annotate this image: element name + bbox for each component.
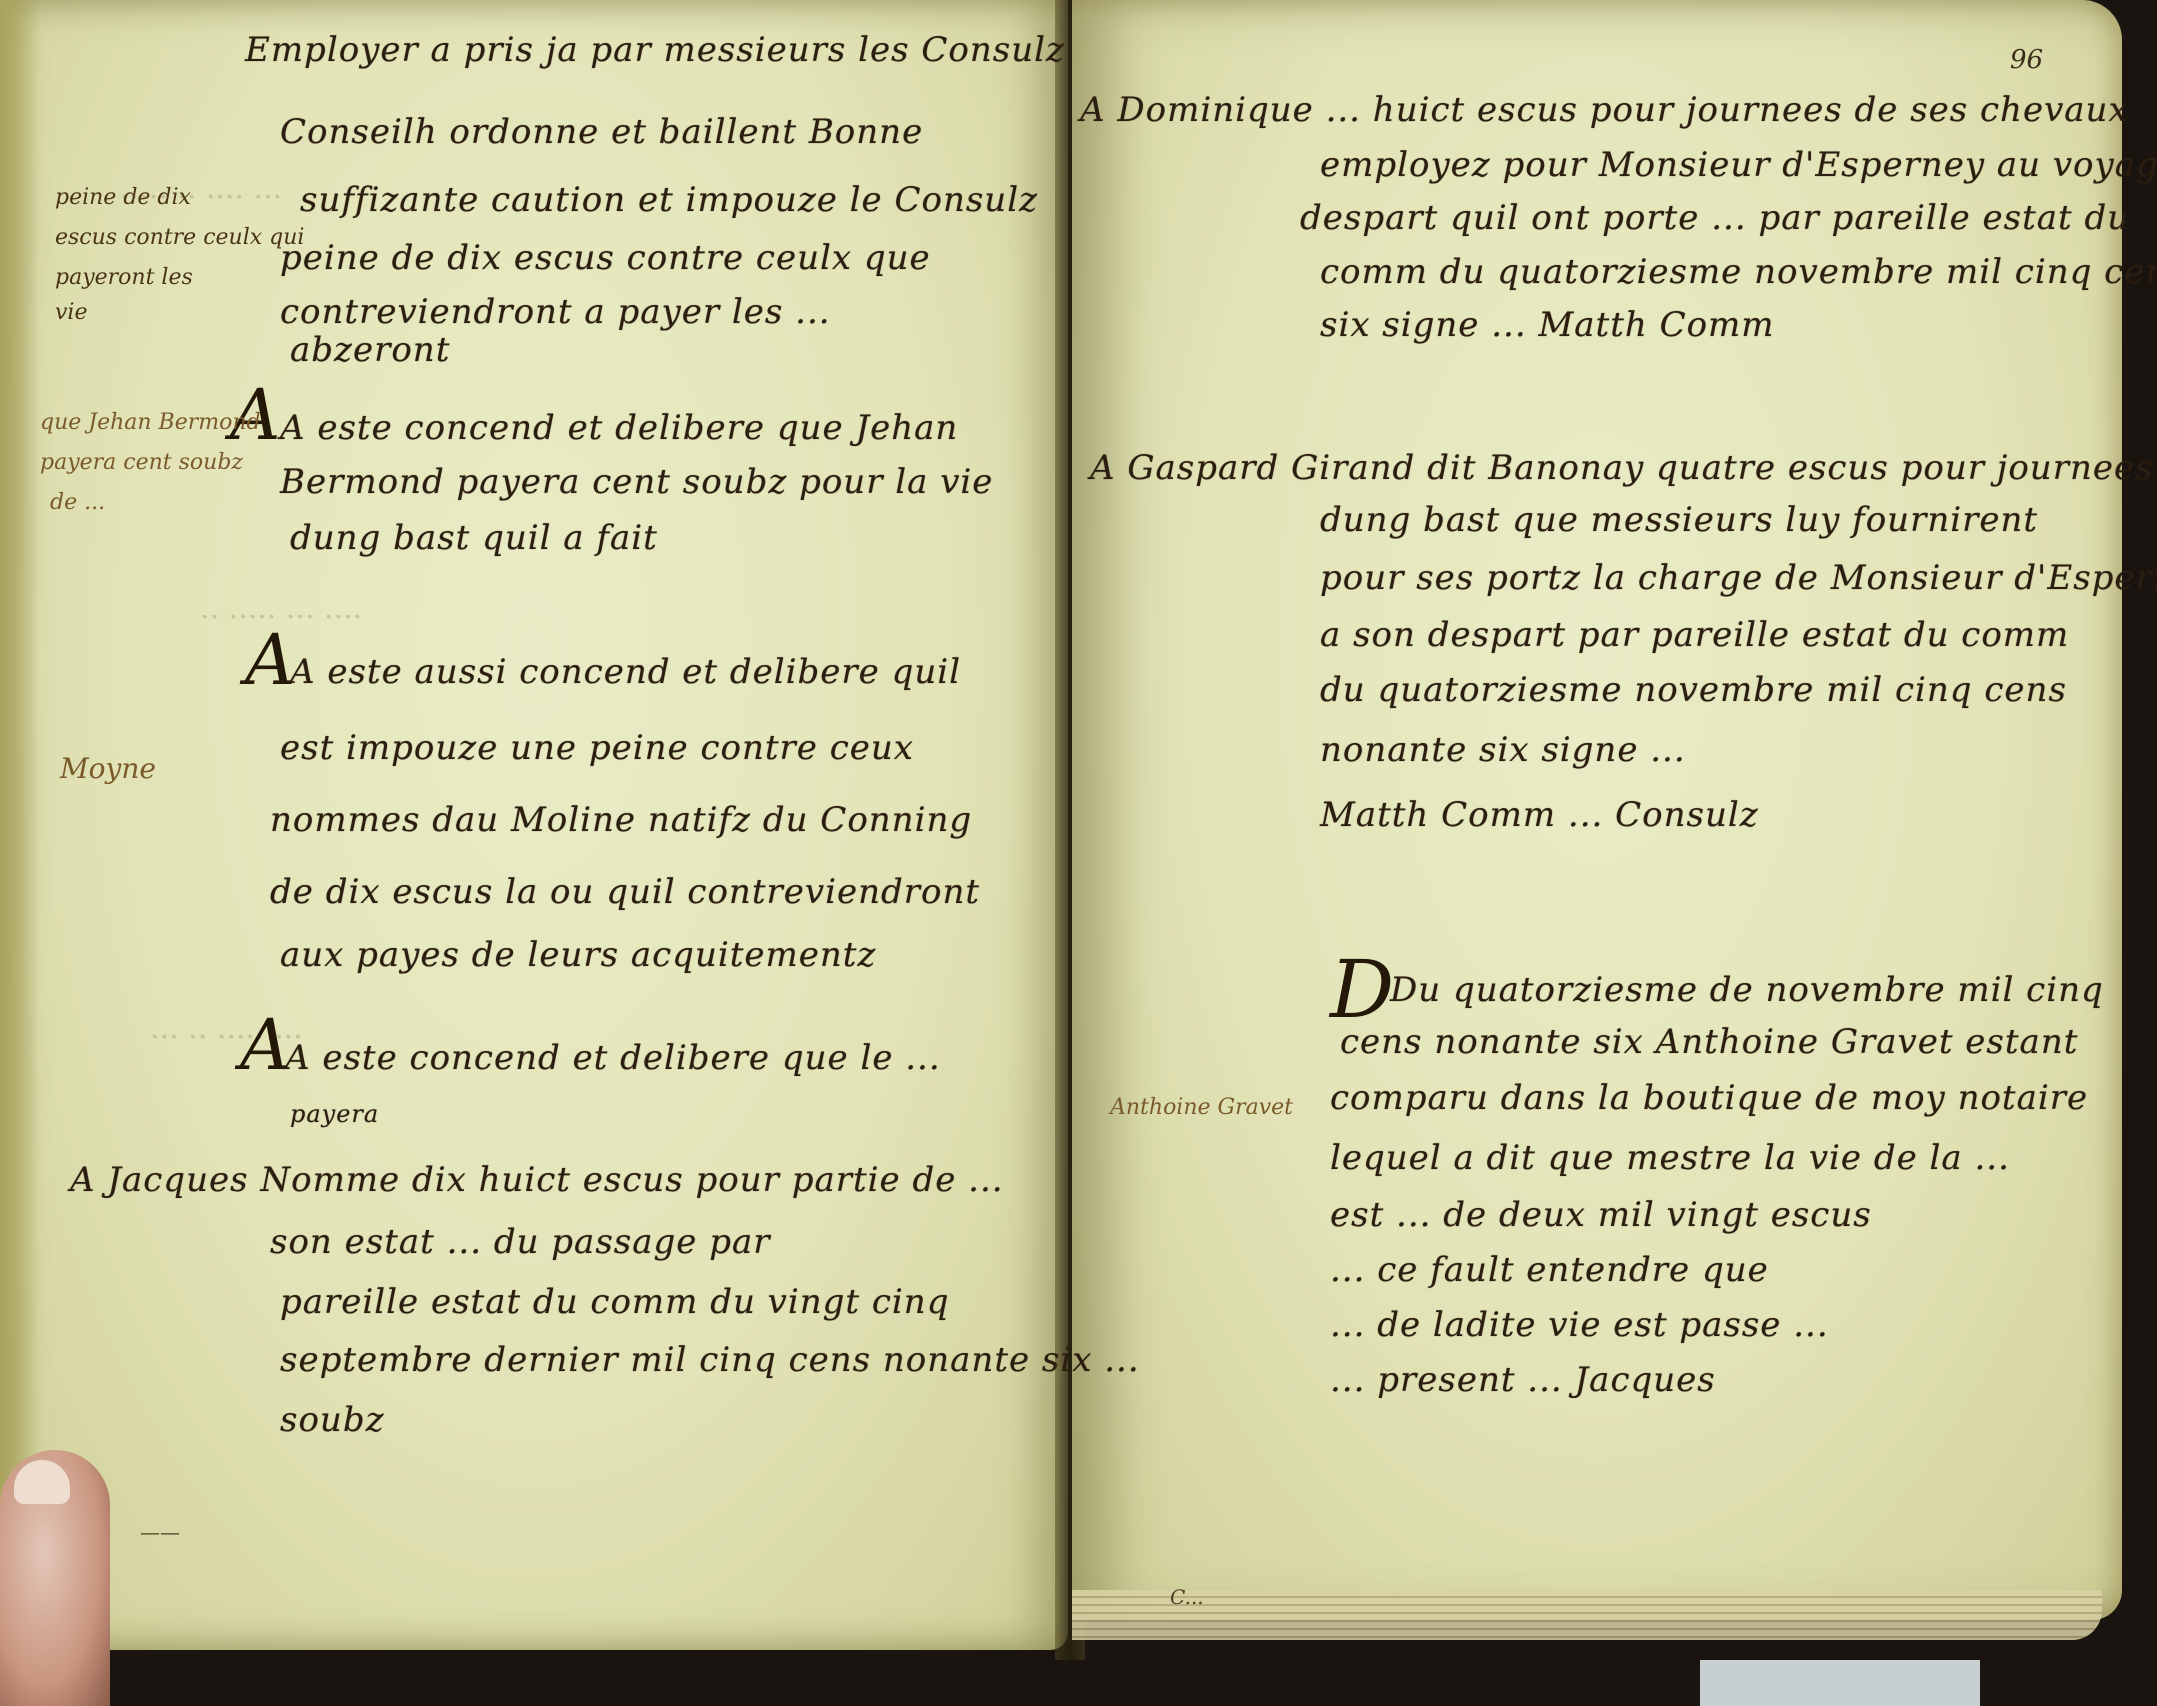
text-line: dung bast quil a fait xyxy=(290,518,658,558)
text-line: de dix escus la ou quil contreviendront xyxy=(270,872,980,912)
text-line: A Dominique ... huict escus pour journee… xyxy=(1080,90,2129,130)
text-line: abzeront xyxy=(290,330,450,370)
catchword: —— xyxy=(140,1520,180,1544)
initial-letter: D xyxy=(1330,950,1394,1030)
margin-note: Moyne xyxy=(60,752,156,785)
margin-note: de ... xyxy=(50,490,105,515)
text-line: contreviendront a payer les ... xyxy=(280,292,831,332)
catchword: C... xyxy=(1170,1585,1204,1609)
text-line: aux payes de leurs acquitementz xyxy=(280,935,876,975)
text-line: ... present ... Jacques xyxy=(1330,1360,1716,1400)
folio-number: 96 xyxy=(2010,45,2043,75)
text-line: comm du quatorziesme novembre mil cinq c… xyxy=(1320,252,2157,292)
cloth-underlay xyxy=(1700,1660,1980,1706)
text-line: pour ses portz la charge de Monsieur d'E… xyxy=(1320,558,2157,598)
text-line: son estat ... du passage par xyxy=(270,1222,770,1262)
initial-letter: A xyxy=(245,625,296,695)
text-line: despart quil ont porte ... par pareille … xyxy=(1300,198,2130,238)
text-line: payera xyxy=(290,1100,379,1128)
text-line: peine de dix escus contre ceulx que xyxy=(280,238,931,278)
text-line: est ... de deux mil vingt escus xyxy=(1330,1195,1872,1235)
margin-note: vie xyxy=(55,300,87,325)
text-line: six signe ... Matth Comm xyxy=(1320,305,1775,345)
margin-note: payera cent soubz xyxy=(40,450,243,475)
open-manuscript: ··· ···· ·· ····· ···· ··· ····· ·· ··· … xyxy=(0,0,2157,1706)
text-line: lequel a dit que mestre la vie de la ... xyxy=(1330,1138,2010,1178)
text-line: septembre dernier mil cinq cens nonante … xyxy=(280,1340,1140,1380)
page-stack-edges xyxy=(1072,1590,2102,1640)
text-line: A Jacques Nomme dix huict escus pour par… xyxy=(70,1160,1004,1200)
text-line: cens nonante six Anthoine Gravet estant xyxy=(1340,1022,2078,1062)
text-line: nommes dau Moline natifz du Conning xyxy=(270,800,972,840)
text-line: nonante six signe ... xyxy=(1320,730,1686,770)
margin-note: escus contre ceulx qui xyxy=(55,225,304,250)
text-line: A Gaspard Girand dit Banonay quatre escu… xyxy=(1090,448,2154,488)
text-line: a son despart par pareille estat du comm xyxy=(1320,615,2069,655)
margin-note: payeront les xyxy=(55,265,193,290)
text-line: dung bast que messieurs luy fournirent xyxy=(1320,500,2038,540)
margin-note: que Jehan Bermond xyxy=(40,410,261,435)
text-line: Conseilh ordonne et baillent Bonne xyxy=(280,112,923,152)
text-line: Du quatorziesme de novembre mil cinq xyxy=(1390,970,2104,1010)
text-line: Bermond payera cent soubz pour la vie xyxy=(280,462,993,502)
margin-note: peine de dix xyxy=(55,185,191,210)
text-line: A este aussi concend et delibere quil xyxy=(290,652,961,692)
text-line: suffizante caution et impouze le Consulz xyxy=(300,180,1038,220)
text-line: pareille estat du comm du vingt cinq xyxy=(280,1282,949,1322)
text-line: Matth Comm ... Consulz xyxy=(1320,795,1759,835)
text-line: est impouze une peine contre ceux xyxy=(280,728,914,768)
text-line: comparu dans la boutique de moy notaire xyxy=(1330,1078,2088,1118)
text-line: A este concend et delibere que Jehan xyxy=(280,408,958,448)
initial-letter: A xyxy=(240,1010,291,1080)
text-line: ... ce fault entendre que xyxy=(1330,1250,1769,1290)
margin-note: Anthoine Gravet xyxy=(1110,1095,1293,1120)
text-line: A este concend et delibere que le ... xyxy=(285,1038,941,1078)
text-line: employez pour Monsieur d'Esperney au voy… xyxy=(1320,145,2157,185)
text-line: soubz xyxy=(280,1400,385,1440)
text-line: du quatorziesme novembre mil cinq cens xyxy=(1320,670,2067,710)
text-line: ... de ladite vie est passe ... xyxy=(1330,1305,1829,1345)
text-line: Employer a pris ja par messieurs les Con… xyxy=(245,30,1065,70)
